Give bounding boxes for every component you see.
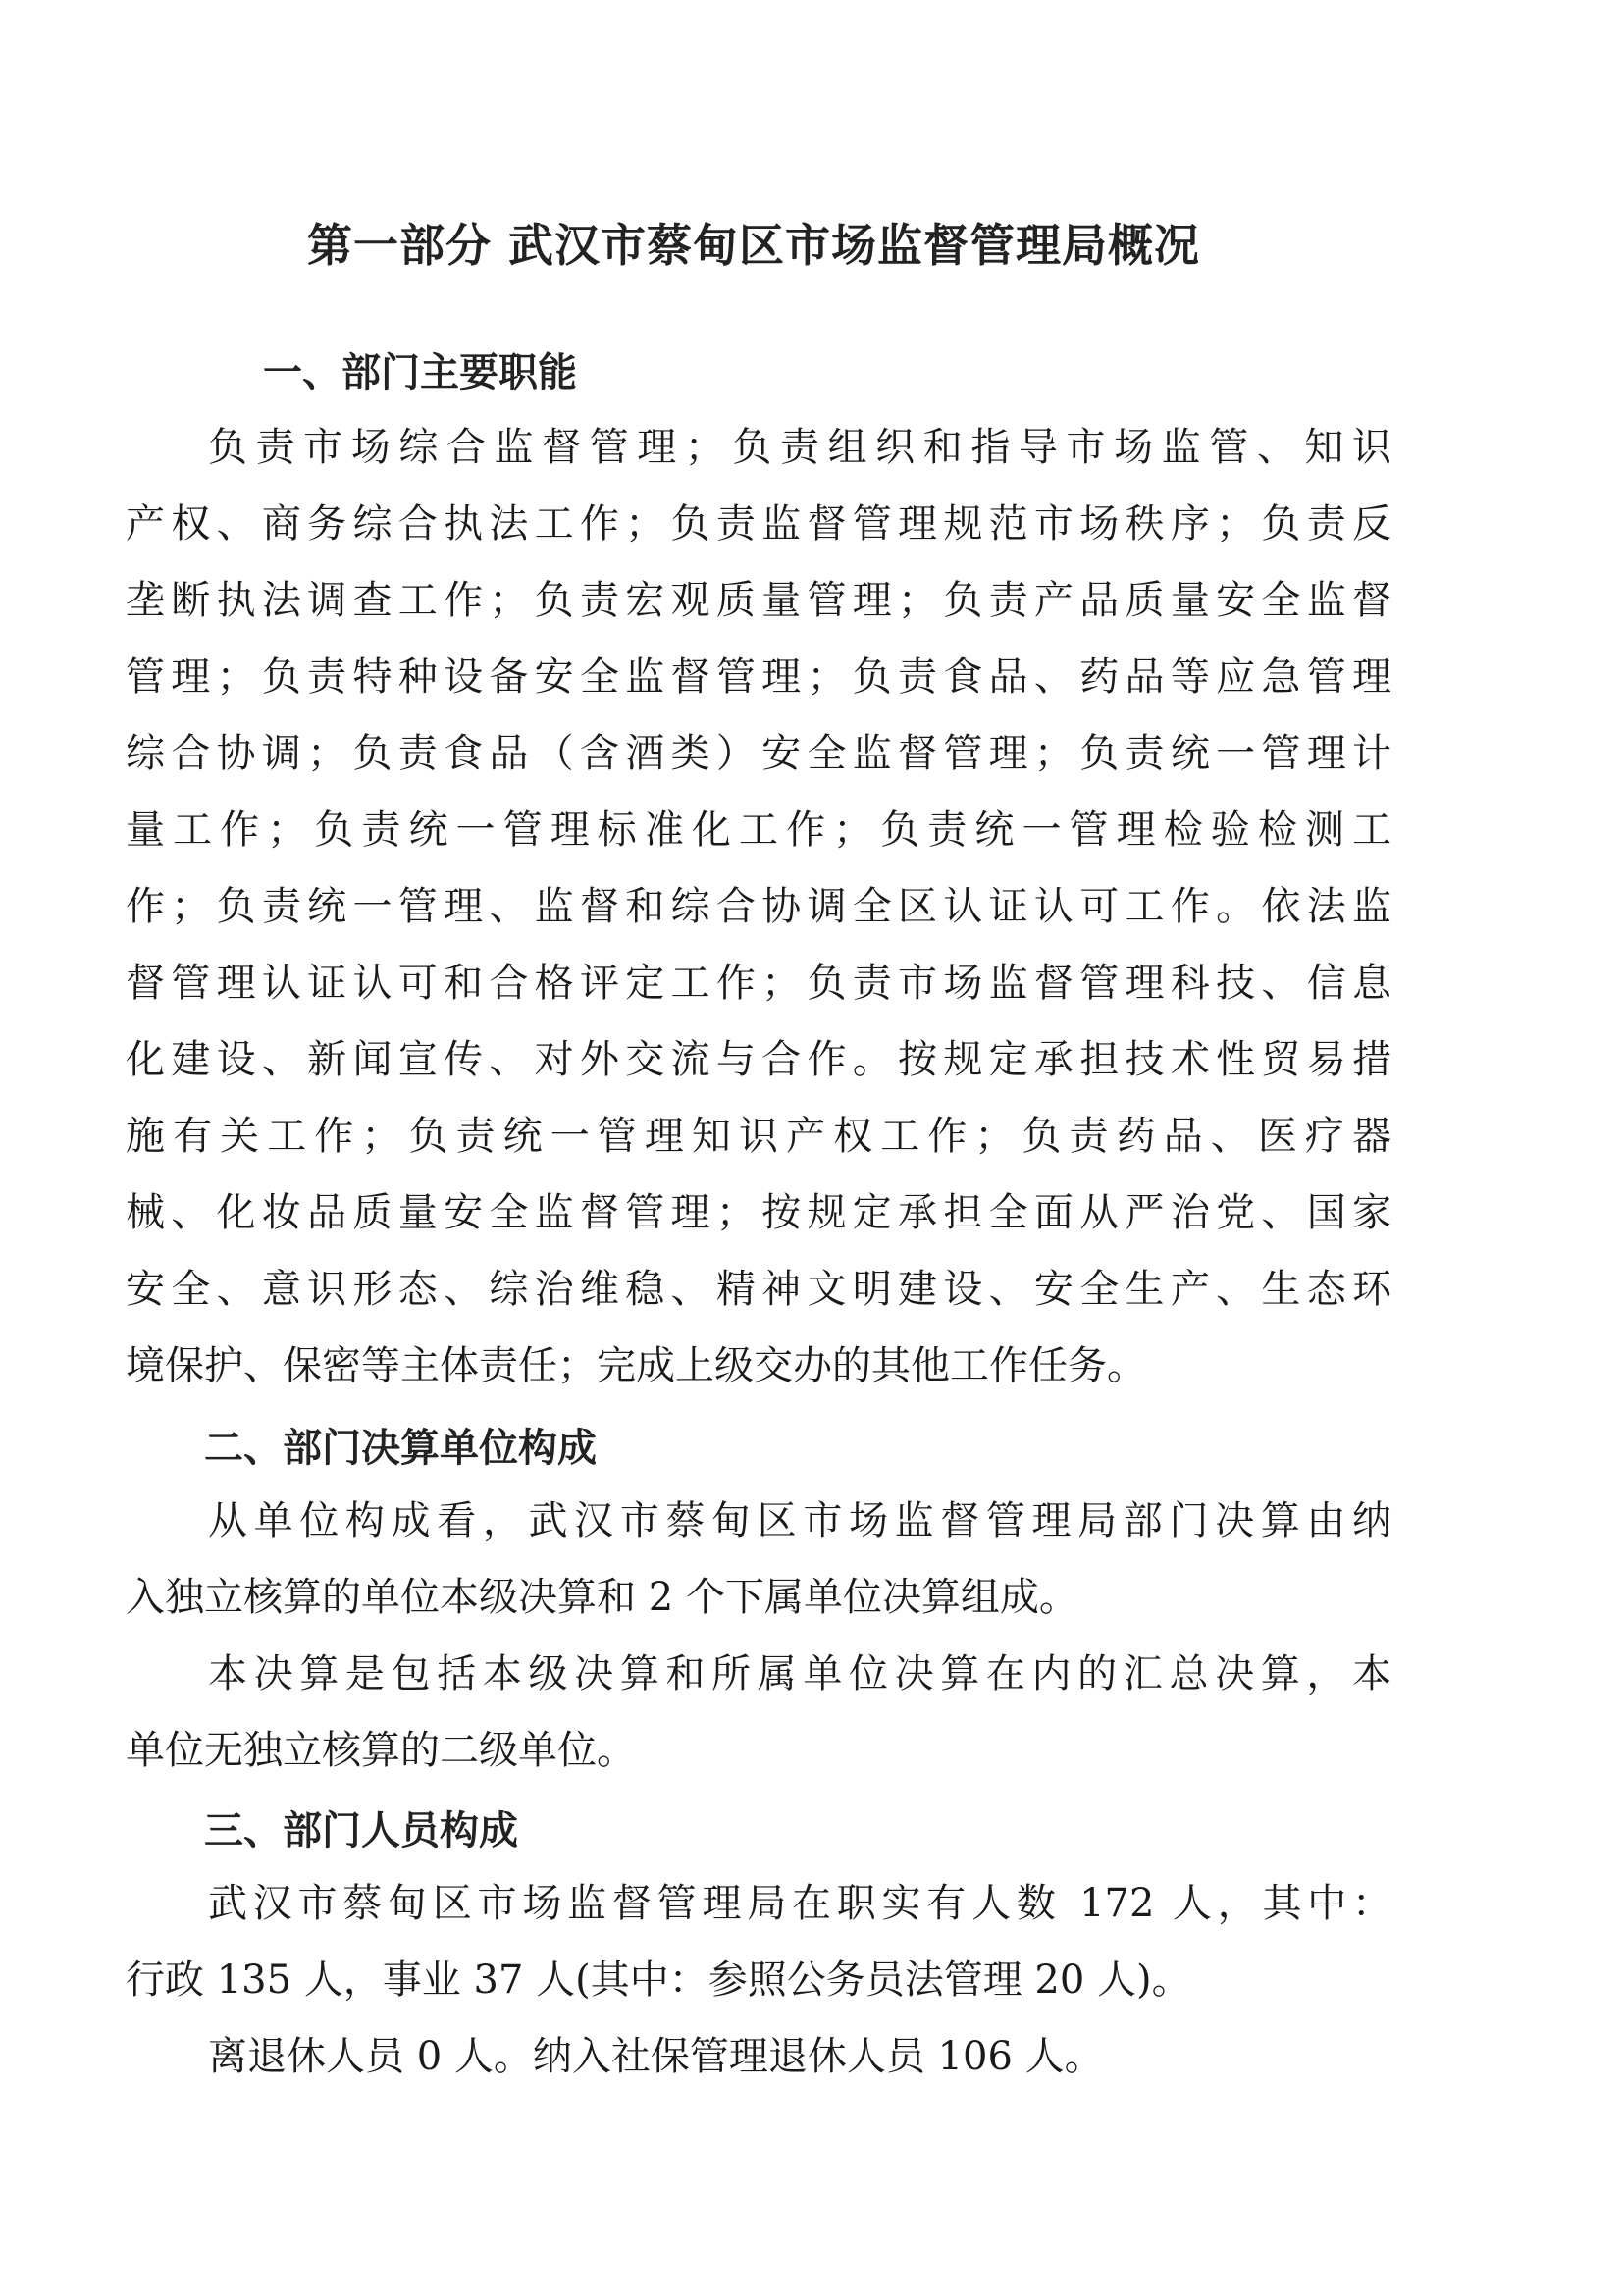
paragraph-line: 产权、商务综合执法工作；负责监督管理规范市场秩序；负责反	[126, 496, 1391, 551]
paragraph-line: 督管理认证认可和合格评定工作；负责市场监督管理科技、信息	[126, 956, 1391, 1011]
paragraph-line: 量工作；负责统一管理标准化工作；负责统一管理检验检测工	[126, 803, 1391, 858]
paragraph-line: 境保护、保密等主体责任；完成上级交办的其他工作任务。	[126, 1338, 1391, 1393]
paragraph-line: 离退休人员 0 人。纳入社保管理退休人员 106 人。	[208, 2029, 1391, 2084]
paragraph-line: 入独立核算的单位本级决算和 2 个下属单位决算组成。	[126, 1570, 1391, 1625]
paragraph-line: 作；负责统一管理、监督和综合协调全区认证认可工作。依法监	[126, 879, 1391, 934]
paragraph-line: 综合协调；负责食品（含酒类）安全监督管理；负责统一管理计	[126, 726, 1391, 781]
section-heading-units: 二、部门决算单位构成	[204, 1417, 597, 1473]
paragraph-line: 械、化妆品质量安全监督管理；按规定承担全面从严治党、国家	[126, 1185, 1391, 1240]
paragraph-line: 安全、意识形态、综治维稳、精神文明建设、安全生产、生态环	[126, 1262, 1391, 1317]
paragraph-line: 本决算是包括本级决算和所属单位决算在内的汇总决算，本	[208, 1646, 1391, 1701]
paragraph-line: 负责市场综合监督管理；负责组织和指导市场监管、知识	[208, 420, 1391, 475]
document-page: 第一部分 武汉市蔡甸区市场监督管理局概况 一、部门主要职能 负责市场综合监督管理…	[0, 0, 1624, 2295]
paragraph-line: 行政 135 人，事业 37 人(其中：参照公务员法管理 20 人)。	[126, 1953, 1391, 2008]
paragraph-line: 从单位构成看，武汉市蔡甸区市场监督管理局部门决算由纳	[208, 1493, 1391, 1548]
section-heading-functions: 一、部门主要职能	[263, 341, 577, 397]
section-heading-staff: 三、部门人员构成	[204, 1799, 518, 1855]
paragraph-line: 化建设、新闻宣传、对外交流与合作。按规定承担技术性贸易措	[126, 1032, 1391, 1087]
paragraph-line: 武汉市蔡甸区市场监督管理局在职实有人数 172 人，其中：	[208, 1876, 1391, 1931]
paragraph-line: 管理；负责特种设备安全监督管理；负责食品、药品等应急管理	[126, 650, 1391, 704]
page-title: 第一部分 武汉市蔡甸区市场监督管理局概况	[0, 210, 1507, 275]
paragraph-line: 施有关工作；负责统一管理知识产权工作；负责药品、医疗器	[126, 1109, 1391, 1164]
paragraph-line: 垄断执法调查工作；负责宏观质量管理；负责产品质量安全监督	[126, 573, 1391, 628]
paragraph-line: 单位无独立核算的二级单位。	[126, 1723, 1391, 1778]
